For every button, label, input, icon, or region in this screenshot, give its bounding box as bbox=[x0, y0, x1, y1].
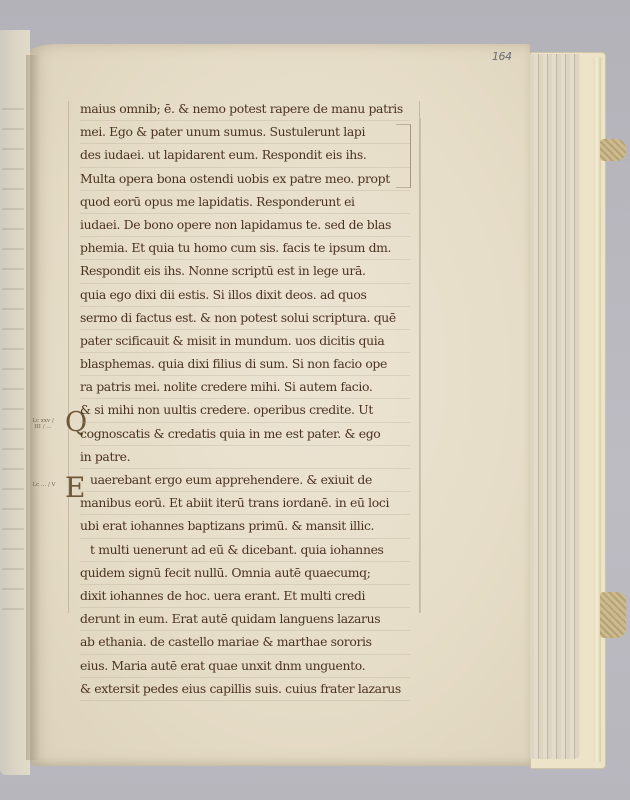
folio-number: 164 bbox=[492, 50, 512, 63]
text-line: Multa opera bona ostendi uobis ex patre … bbox=[80, 168, 410, 191]
text-line: iudaei. De bono opere non lapidamus te. … bbox=[80, 214, 410, 237]
board-edge bbox=[593, 57, 601, 762]
gutter-shadow bbox=[26, 55, 40, 760]
canon-table-note-1: Lc xxv / III / ... bbox=[30, 418, 56, 430]
text-line: sermo di factus est. & non potest solui … bbox=[80, 307, 410, 330]
text-line: eius. Maria autē erat quae unxit dnm ung… bbox=[80, 655, 410, 678]
text-line: ab ethania. de castello mariae & marthae… bbox=[80, 631, 410, 654]
text-line: t multi uenerunt ad eū & dicebant. quia … bbox=[80, 539, 410, 562]
text-line: uaerebant ergo eum apprehendere. & exiui… bbox=[80, 469, 410, 492]
text-line: quod eorū opus me lapidatis. Responderun… bbox=[80, 191, 410, 214]
text-line: in patre. bbox=[80, 446, 410, 469]
text-line: manibus eorū. Et abiit iterū trans iorda… bbox=[80, 492, 410, 515]
text-line: cognoscatis & credatis quia in me est pa… bbox=[80, 423, 410, 446]
text-line: quia ego dixi dii estis. Si illos dixit … bbox=[80, 284, 410, 307]
text-line: blasphemas. quia dixi filius di sum. Si … bbox=[80, 353, 410, 376]
text-line: & si mihi non uultis credere. operibus c… bbox=[80, 399, 410, 422]
text-line: des iudaei. ut lapidarent eum. Respondit… bbox=[80, 144, 410, 167]
facing-page-bleed-text bbox=[2, 90, 24, 610]
text-line: quidem signū fecit nullū. Omnia autē qua… bbox=[80, 562, 410, 585]
text-line: ubi erat iohannes baptizans primū. & man… bbox=[80, 515, 410, 538]
text-line: phemia. Et quia tu homo cum sis. facis t… bbox=[80, 237, 410, 260]
text-line: pater scificauit & misit in mundum. uos … bbox=[80, 330, 410, 353]
text-line: mei. Ego & pater unum sumus. Sustulerunt… bbox=[80, 121, 410, 144]
manuscript-text-block: maius omnib; ē. & nemo potest rapere de … bbox=[80, 98, 410, 701]
clasp-tie-bottom bbox=[600, 592, 626, 638]
clasp-tie-top bbox=[600, 139, 626, 161]
text-line: Respondit eis ihs. Nonne scriptū est in … bbox=[80, 260, 410, 283]
text-line: & extersit pedes eius capillis suis. cui… bbox=[80, 678, 410, 701]
ruling-outer-line bbox=[420, 118, 421, 613]
text-line: dixit iohannes de hoc. uera erant. Et mu… bbox=[80, 585, 410, 608]
text-line: derunt in eum. Erat autē quidam languens… bbox=[80, 608, 410, 631]
canon-table-note-2: Lc ... / V bbox=[32, 482, 56, 488]
text-line: ra patris mei. nolite credere mihi. Si a… bbox=[80, 376, 410, 399]
text-line: maius omnib; ē. & nemo potest rapere de … bbox=[80, 98, 410, 121]
